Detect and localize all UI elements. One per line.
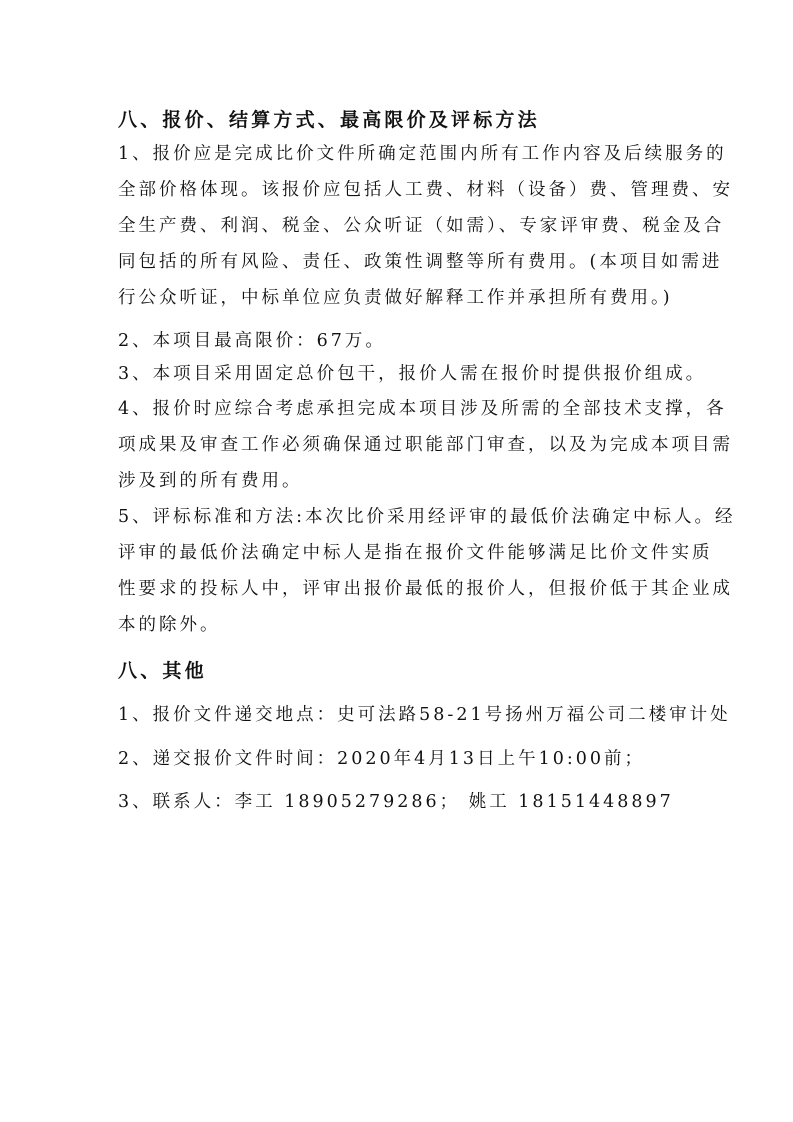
- paragraph-line: 4、报价时应综合考虑承担完成本项目涉及所需的全部技术支撑，各: [118, 397, 727, 421]
- paragraph-line: 涉及到的所有费用。: [118, 469, 303, 493]
- paragraph-line: 5、评标标准和方法:本次比价采用经评审的最低价法确定中标人。经: [118, 505, 736, 529]
- paragraph-line: 项成果及审查工作必须确保通过职能部门审查，以及为完成本项目需: [118, 433, 733, 457]
- paragraph-line: 全部价格体现。该报价应包括人工费、材料（设备）费、管理费、安: [118, 178, 733, 202]
- paragraph-contacts: 3、联系人：李工 18905279286； 姚工 18151448897: [118, 790, 674, 814]
- section-heading-other: 八、其他: [118, 659, 207, 683]
- paragraph-line: 本的除外。: [118, 613, 221, 637]
- paragraph-line: 评审的最低价法确定中标人是指在报价文件能够满足比价文件实质: [118, 541, 713, 565]
- paragraph-address: 1、报价文件递交地点：史可法路58-21号扬州万福公司二楼审计处: [118, 703, 731, 727]
- document-page: 八、报价、结算方式、最高限价及评标方法 1、报价应是完成比价文件所确定范围内所有…: [0, 0, 793, 1122]
- paragraph-line: 全生产费、利润、税金、公众听证（如需）、专家评审费、税金及合: [118, 214, 724, 238]
- paragraph-line: 同包括的所有风险、责任、政策性调整等所有费用。(本项目如需进: [118, 250, 722, 274]
- paragraph-max-price: 2、本项目最高限价：67万。: [118, 329, 386, 353]
- section-heading-pricing: 八、报价、结算方式、最高限价及评标方法: [118, 108, 540, 132]
- paragraph-deadline: 2、递交报价文件时间：2020年4月13日上午10:00前；: [118, 747, 645, 771]
- paragraph-line: 行公众听证，中标单位应负责做好解释工作并承担所有费用。): [118, 286, 673, 310]
- paragraph-line: 1、报价应是完成比价文件所确定范围内所有工作内容及后续服务的: [118, 142, 727, 166]
- paragraph-fixed-price: 3、本项目采用固定总价包干，报价人需在报价时提供报价组成。: [118, 362, 706, 386]
- paragraph-line: 性要求的投标人中，评审出报价最低的报价人，但报价低于其企业成: [118, 577, 733, 601]
